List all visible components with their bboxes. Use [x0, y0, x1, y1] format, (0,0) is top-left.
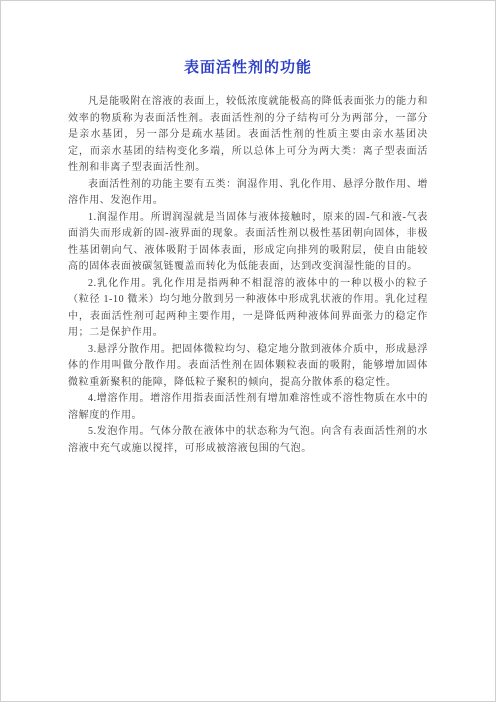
paragraph: 5.发泡作用。气体分散在液体中的状态称为气泡。向含有表面活性剂的水溶液中充气或施… [68, 424, 428, 457]
paragraph: 1.润湿作用。所谓润湿就是当固体与液体接触时，原来的固-气和液-气表面消失而形成… [68, 210, 428, 276]
paragraph: 4.增溶作用。增溶作用指表面活性剂有增加难溶性或不溶性物质在水中的溶解度的作用。 [68, 391, 428, 424]
paragraph: 3.悬浮分散作用。把固体微粒均匀、稳定地分散到液体介质中，形成悬浮体的作用叫做分… [68, 342, 428, 392]
page-title: 表面活性剂的功能 [68, 57, 428, 77]
paragraph: 2.乳化作用。乳化作用是指两种不相混溶的液体中的一种以极小的粒子（粒径 1-10… [68, 276, 428, 342]
document-body: 凡是能吸附在溶液的表面上，较低浓度就能极高的降低表面张力的能力和效率的物质称为表… [68, 94, 428, 457]
paragraph: 凡是能吸附在溶液的表面上，较低浓度就能极高的降低表面张力的能力和效率的物质称为表… [68, 94, 428, 177]
paragraph: 表面活性剂的功能主要有五类：润湿作用、乳化作用、悬浮分散作用、增溶作用、发泡作用… [68, 177, 428, 210]
document-page: 表面活性剂的功能 凡是能吸附在溶液的表面上，较低浓度就能极高的降低表面张力的能力… [0, 0, 496, 702]
